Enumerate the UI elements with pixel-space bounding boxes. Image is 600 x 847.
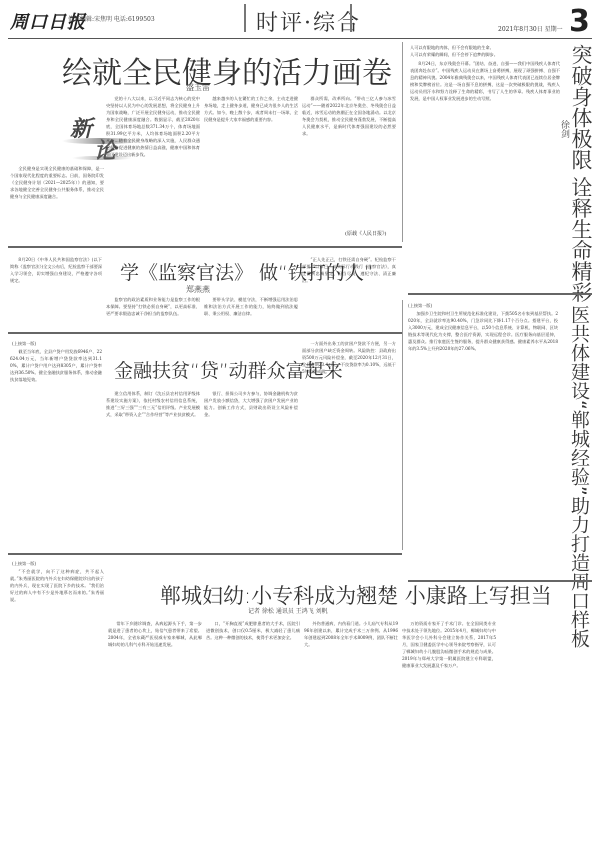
article-column: 党的十八大以来，以习近平同志为核心的党中央坚持以人民为中心的发展思想，将全民健身… bbox=[106, 95, 200, 235]
continued-note: (上接第一版) bbox=[12, 560, 102, 567]
section-rule bbox=[8, 246, 402, 248]
article-column: 监察官的政治素质和业务能力是监察工作的根本保障。要坚持“打铁必须自身硬”，以更高… bbox=[106, 296, 200, 322]
article-body: 8月24日，东京残奥会开幕。“团结、奋进、自强——我们中国残疾人体育代表团奔赴东… bbox=[410, 60, 560, 256]
article-column: 外伤普通病，内伤看门道。小儿疝气专科从1996年创建以来，累计完成手术三万余例。… bbox=[304, 620, 398, 840]
byline: 徐剑 bbox=[558, 120, 571, 138]
article-column: 一方面外出务工的贫困户贷款不方便，另一方面部分贫困户缺乏资金周转。风险防控：县政… bbox=[302, 340, 396, 548]
article-column: 要带头学法、模范守法，不断增强运用法治思维和法治方式开展工作的能力，始终做到依法… bbox=[204, 296, 298, 322]
column-rule bbox=[402, 42, 403, 242]
article-column: 口，“开胸直视”成肥胖患者的大手术，医院引进微创技术，创口仅0.5厘米，极大减轻… bbox=[206, 620, 300, 840]
byline: 盛玉雷 bbox=[186, 82, 210, 93]
article-column: 截至当年底，全县户贷户用发放6946户、22624.04万元，当年新增户贷贷款率… bbox=[10, 348, 102, 548]
article-column: 群众所需，改革所向。“带动三亿人参与冰雪运动”——随着2022年北京冬奥会、冬残… bbox=[302, 95, 396, 235]
section-rule bbox=[8, 332, 402, 334]
article-column: 8月20日《中华人民共和国监察官法》(以下简称《监察官法》)全文公布后，纪检监察… bbox=[10, 256, 102, 320]
vertical-headline: 突破身体极限 诠释生命精彩 bbox=[566, 44, 596, 244]
badge-char: 新 bbox=[70, 112, 92, 143]
page-number: 3 bbox=[569, 4, 590, 39]
masthead-rule bbox=[8, 38, 592, 39]
article-body: 加强乡卫生院和村卫生所规范化标准化建设，下拨505名专家到基层帮扶。2020年，… bbox=[408, 310, 558, 572]
section-rule bbox=[8, 553, 402, 555]
article-column: 万的资质专家开了手术门诊。在全国同类专业中技术处于领先地位。2015年4月，郸城… bbox=[402, 620, 496, 840]
section-title: 时评·综合 bbox=[256, 6, 361, 37]
article-column: “不会就学，向不了这种病症，共不起人就。”朱秀丽医院的内外兵在妇幼保健院诊出的孩… bbox=[10, 568, 104, 840]
intro-line: 人可以有限地的肉体，但不会有限地的生命。人可以有荣耀的瞬间，但不会停下追梦的脚步… bbox=[410, 44, 560, 58]
vertical-headline: 医共体建设“郸城经验”助力打造周口样板 bbox=[566, 305, 593, 575]
section-divider bbox=[350, 4, 352, 32]
section-divider bbox=[244, 4, 246, 32]
article-column: 银行、担保公司多方参与，协调金融机构为贫困户发放小额信贷，大大增强了贫困户发展产… bbox=[204, 390, 298, 548]
continued-note: (上接第一版) bbox=[408, 302, 558, 309]
byline: 郑燕燕 bbox=[186, 284, 210, 295]
byline: 记者 徐松 通讯员 王鸿飞 刘帆 bbox=[248, 606, 328, 615]
article-column: “正人先正己，打铁还需自身硬”。纪检监察干部要严以律己，以实际行动践行《监察官法… bbox=[302, 256, 396, 322]
headline: 绘就全民健身的活力画卷 bbox=[62, 48, 392, 92]
continued-note: (上接第一版) bbox=[12, 340, 102, 347]
article-column: 越来越多的人在繁忙的工作之余，主动走进健身场地，走上健身步道，健身已成为很多人的… bbox=[204, 95, 298, 235]
editor-line: 值班编辑:宋焦明 电话:6199503 bbox=[68, 14, 155, 23]
source-note: (原载《人民日报》) bbox=[345, 230, 386, 237]
article-column: 全民健身是实现全民健康的基础和保障，是一个国家现代化程度的重要标志。日前，国务院… bbox=[10, 165, 104, 235]
column-rule bbox=[402, 300, 403, 550]
section-rule bbox=[408, 293, 592, 295]
article-column: 建立信用体系，制订《沈丘县农村信用评级体系建设实施方案》，依托村级农村信用信息系… bbox=[106, 390, 200, 548]
article-column: 常年下乡随诊调查，从病起源头下手，第一步就是进了患者的心坎上，始信气患者带来了希… bbox=[108, 620, 202, 840]
publication-date: 2021年8月30日 星期一 bbox=[498, 24, 563, 33]
headline: 郸城妇幼:小专科成为翘楚 小康路上写担当 bbox=[160, 580, 552, 610]
